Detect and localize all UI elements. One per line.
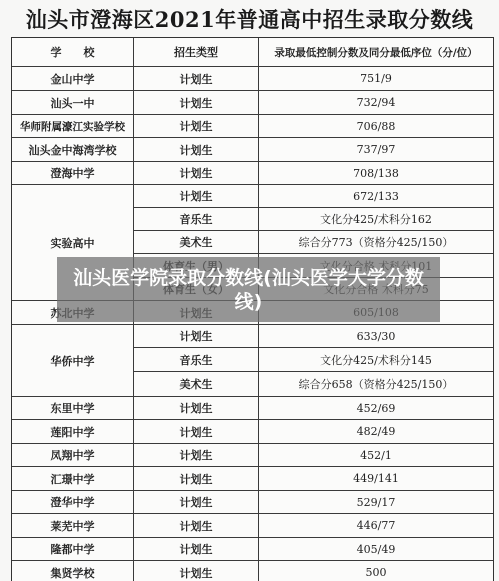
table-row: 汕头金中海湾学校 计划生 737/97 (12, 138, 493, 162)
score-value: 452/1 (259, 444, 493, 467)
score-value: 405/49 (259, 538, 493, 561)
admission-type: 计划生 (134, 467, 259, 491)
table-subrow: 音乐生 文化分425/术科分162 (134, 208, 493, 231)
score-value: 500 (259, 561, 493, 581)
admission-type: 计划生 (134, 91, 259, 115)
score-value: 706/88 (259, 115, 493, 138)
school-name: 汕头一中 (12, 91, 134, 115)
admission-type: 音乐生 (134, 208, 259, 231)
school-name: 汇璟中学 (12, 467, 134, 491)
admission-type: 计划生 (134, 561, 259, 581)
score-value: 446/77 (259, 514, 493, 538)
score-value: 文化分425/术科分145 (259, 348, 493, 372)
admission-type: 音乐生 (134, 348, 259, 372)
table-subrow: 美术生 综合分658（资格分425/150） (134, 372, 493, 397)
score-value: 751/9 (259, 67, 493, 91)
header-school: 学 校 (12, 38, 134, 67)
table-row: 莲阳中学 计划生 482/49 (12, 420, 493, 444)
school-name: 华师附属濠江实验学校 (12, 115, 134, 138)
score-value: 708/138 (259, 162, 493, 185)
table-row: 集贤学校 计划生 500 (12, 561, 493, 581)
school-name: 集贤学校 (12, 561, 134, 581)
score-value: 633/30 (259, 325, 493, 348)
score-value: 综合分773（资格分425/150） (259, 231, 493, 254)
school-name: 澄华中学 (12, 491, 134, 514)
document-title: 汕头市澄海区2021年普通高中招生录取分数线 (0, 4, 499, 34)
table-row: 汕头一中 计划生 732/94 (12, 91, 493, 115)
admission-type: 计划生 (134, 397, 259, 420)
admission-type: 计划生 (134, 325, 259, 348)
table-row: 汇璟中学 计划生 449/141 (12, 467, 493, 491)
school-name: 莱芜中学 (12, 514, 134, 538)
table-row: 华师附属濠江实验学校 计划生 706/88 (12, 115, 493, 138)
header-type: 招生类型 (134, 38, 259, 67)
score-value: 综合分658（资格分425/150） (259, 372, 493, 397)
admission-type: 美术生 (134, 231, 259, 254)
school-name-merged: 华侨中学 (12, 325, 134, 397)
admission-type: 计划生 (134, 67, 259, 91)
table-row: 澄海中学 计划生 708/138 (12, 162, 493, 185)
admission-type: 计划生 (134, 420, 259, 444)
school-name: 隆都中学 (12, 538, 134, 561)
score-value: 672/133 (259, 185, 493, 208)
score-value: 452/69 (259, 397, 493, 420)
table-row: 澄华中学 计划生 529/17 (12, 491, 493, 514)
school-name: 金山中学 (12, 67, 134, 91)
admission-type: 计划生 (134, 162, 259, 185)
school-name: 凤翔中学 (12, 444, 134, 467)
caption-overlay: 汕头医学院录取分数线(汕头医学大学分数线) (57, 257, 440, 322)
score-value: 732/94 (259, 91, 493, 115)
table-row: 金山中学 计划生 751/9 (12, 67, 493, 91)
table-header-row: 学 校 招生类型 录取最低控制分数及同分最低序位（分/位） (12, 38, 493, 67)
table-subrow: 音乐生 文化分425/术科分145 (134, 348, 493, 372)
score-value: 529/17 (259, 491, 493, 514)
school-name: 莲阳中学 (12, 420, 134, 444)
caption-text: 汕头医学院录取分数线(汕头医学大学分数线) (69, 266, 429, 314)
header-score: 录取最低控制分数及同分最低序位（分/位） (259, 38, 493, 67)
admission-type: 计划生 (134, 444, 259, 467)
school-name: 东里中学 (12, 397, 134, 420)
admission-type: 计划生 (134, 138, 259, 162)
score-value: 737/97 (259, 138, 493, 162)
table-row: 凤翔中学 计划生 452/1 (12, 444, 493, 467)
score-value: 482/49 (259, 420, 493, 444)
table-row: 东里中学 计划生 452/69 (12, 397, 493, 420)
table-row: 莱芜中学 计划生 446/77 (12, 514, 493, 538)
table-row: 隆都中学 计划生 405/49 (12, 538, 493, 561)
table-subrow: 美术生 综合分773（资格分425/150） (134, 231, 493, 254)
score-value: 449/141 (259, 467, 493, 491)
table-subrow: 计划生 672/133 (134, 185, 493, 208)
admission-type: 计划生 (134, 491, 259, 514)
admission-type: 美术生 (134, 372, 259, 397)
admission-type: 计划生 (134, 185, 259, 208)
score-value: 文化分425/术科分162 (259, 208, 493, 231)
school-name: 汕头金中海湾学校 (12, 138, 134, 162)
admission-type: 计划生 (134, 538, 259, 561)
admission-type: 计划生 (134, 115, 259, 138)
table-subrow: 计划生 633/30 (134, 325, 493, 348)
school-name: 澄海中学 (12, 162, 134, 185)
admission-type: 计划生 (134, 514, 259, 538)
